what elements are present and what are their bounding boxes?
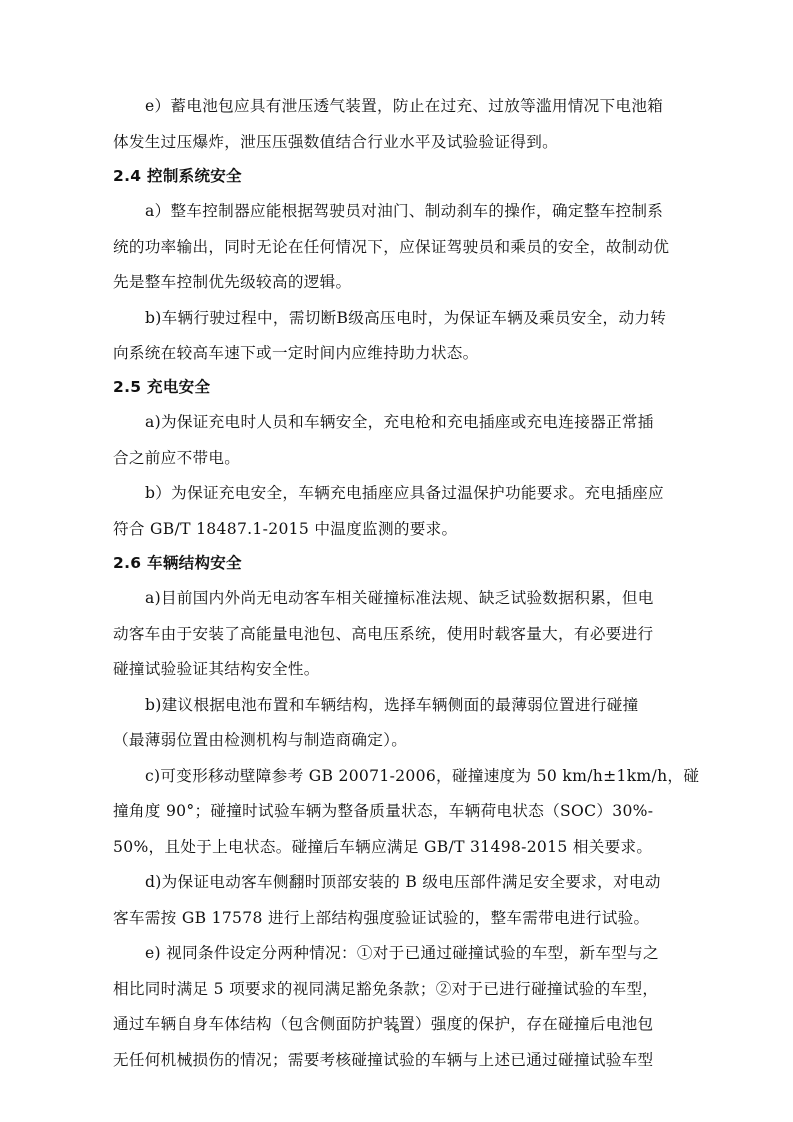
paragraph-line: 动客车由于安装了高能量电池包、高电压系统，使用时载客量大，有必要进行 <box>113 624 653 644</box>
paragraph-line: d)为保证电动客车侧翻时顶部安装的 B 级电压部件满足安全要求，对电动 <box>145 872 661 892</box>
paragraph-line: 撞角度 90°；碰撞时试验车辆为整备质量状态，车辆荷电状态（SOC）30%- <box>113 801 653 821</box>
paragraph-line: a)为保证充电时人员和车辆安全，充电枪和充电插座或充电连接器正常插 <box>145 412 654 432</box>
section-heading-2-6: 2.6 车辆结构安全 <box>113 553 242 573</box>
paragraph-line: 体发生过压爆炸，泄压压强数值结合行业水平及试验验证得到。 <box>113 132 558 152</box>
paragraph-line: 相比同时满足 5 项要求的视同满足豁免条款；②对于已进行碰撞试验的车型， <box>113 979 658 999</box>
paragraph-line: 碰撞试验验证其结构安全性。 <box>113 659 320 679</box>
paragraph-line: 客车需按 GB 17578 进行上部结构强度验证试验的，整车需带电进行试验。 <box>113 908 649 928</box>
paragraph-line: 50%，且处于上电状态。碰撞后车辆应满足 GB/T 31498-2015 相关要… <box>113 837 652 857</box>
page-number: 6 <box>0 1022 793 1037</box>
paragraph-line: 向系统在较高车速下或一定时间内应维持助力状态。 <box>113 343 479 363</box>
paragraph-line: 先是整车控制优先级较高的逻辑。 <box>113 272 351 292</box>
paragraph-line: （最薄弱位置由检测机构与制造商确定）。 <box>113 730 407 750</box>
section-heading-2-4: 2.4 控制系统安全 <box>113 166 242 186</box>
paragraph-line: b)建议根据电池布置和车辆结构，选择车辆侧面的最薄弱位置进行碰撞 <box>145 695 638 715</box>
paragraph-line: e）蓄电池包应具有泄压透气装置，防止在过充、过放等滥用情况下电池箱 <box>145 96 663 116</box>
paragraph-line: b）为保证充电安全，车辆充电插座应具备过温保护功能要求。充电插座应 <box>145 483 664 503</box>
paragraph-line: c)可变形移动壁障参考 GB 20071-2006，碰撞速度为 50 km/h±… <box>145 766 699 786</box>
paragraph-line: 符合 GB/T 18487.1-2015 中温度监测的要求。 <box>113 519 457 539</box>
paragraph-line: 无任何机械损伤的情况；需要考核碰撞试验的车辆与上述已通过碰撞试验车型 <box>113 1050 653 1070</box>
paragraph-line: 合之前应不带电。 <box>113 448 240 468</box>
paragraph-line: a)目前国内外尚无电动客车相关碰撞标准法规、缺乏试验数据积累，但电 <box>145 588 654 608</box>
paragraph-line: a）整车控制器应能根据驾驶员对油门、制动刹车的操作，确定整车控制系 <box>145 201 663 221</box>
paragraph-line: b)车辆行驶过程中，需切断B级高压电时，为保证车辆及乘员安全，动力转 <box>145 308 666 328</box>
section-heading-2-5: 2.5 充电安全 <box>113 377 210 397</box>
paragraph-line: 统的功率输出，同时无论在任何情况下，应保证驾驶员和乘员的安全，故制动优 <box>113 237 669 257</box>
paragraph-line: e) 视同条件设定分两种情况：①对于已通过碰撞试验的车型，新车型与之 <box>145 943 659 963</box>
